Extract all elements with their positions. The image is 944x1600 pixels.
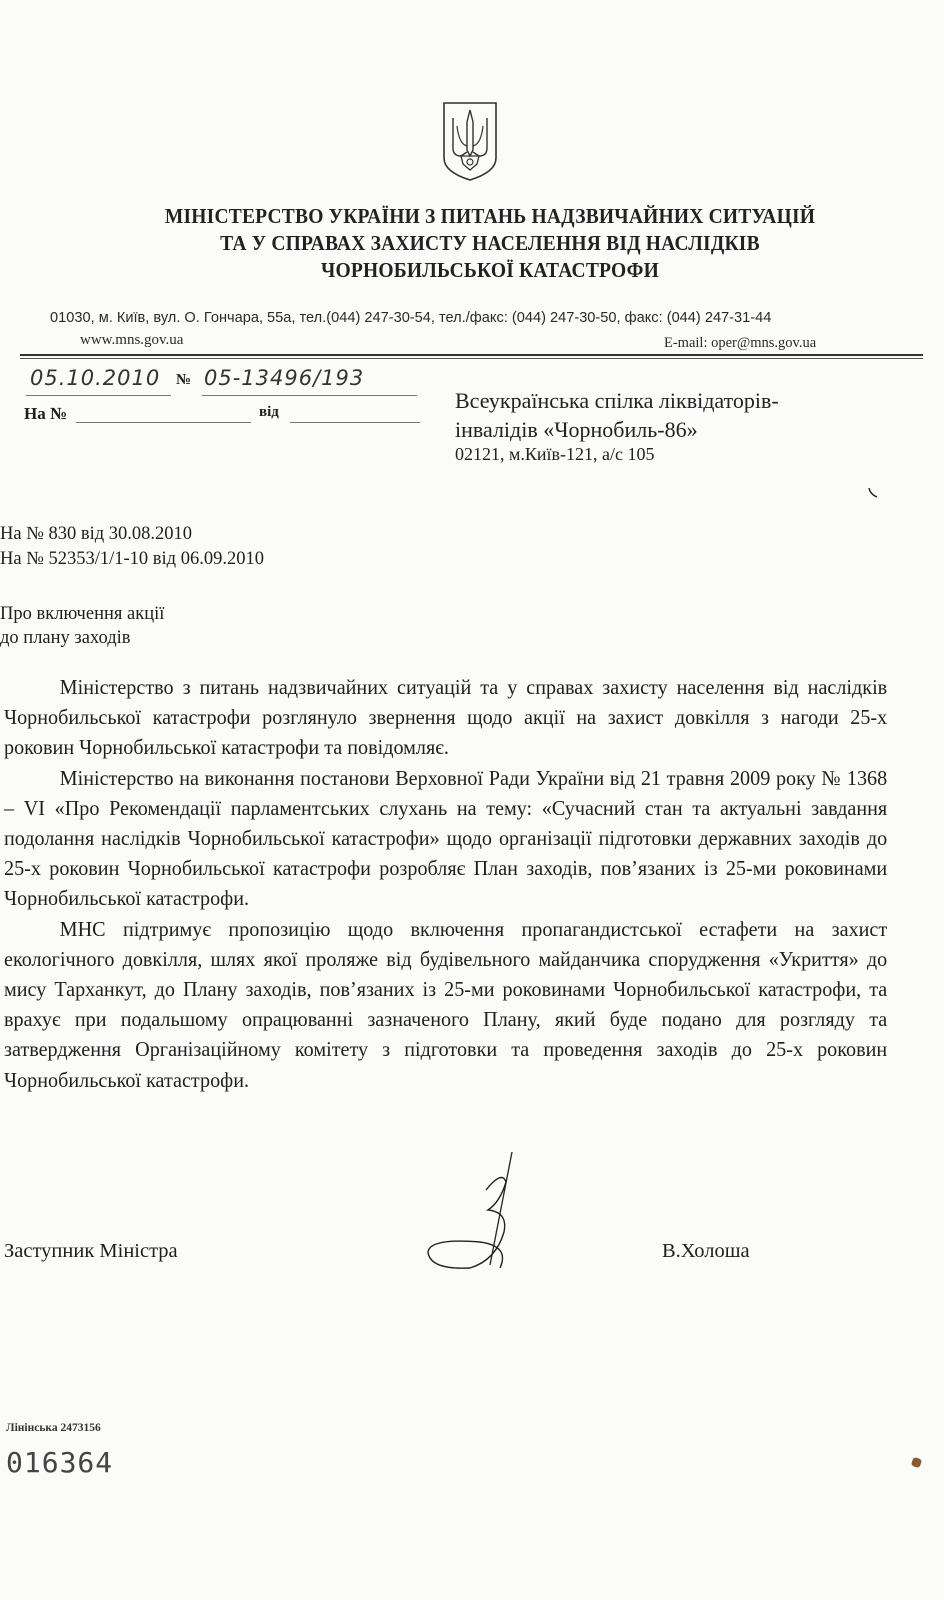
- ministry-website: www.mns.gov.ua: [80, 332, 183, 349]
- recipient-name: Всеукраїнська спілка ліквідаторів- інвал…: [455, 386, 779, 444]
- ministry-title-line: МІНІСТЕРСТВО УКРАЇНИ З ПИТАНЬ НАДЗВИЧАЙН…: [127, 203, 852, 230]
- header-divider-thin: [20, 358, 923, 359]
- date-underline: [26, 395, 171, 396]
- registration-number: 016364: [6, 1446, 113, 1479]
- subject: Про включення акції до плану заходів: [0, 602, 164, 650]
- references: На № 830 від 30.08.2010 На № 52353/1/1-1…: [0, 522, 264, 572]
- ministry-title-line: ТА У СПРАВАХ ЗАХИСТУ НАСЕЛЕННЯ ВІД НАСЛІ…: [127, 230, 852, 257]
- signer-name: В.Холоша: [662, 1240, 750, 1263]
- letter-body: Міністерство з питань надзвичайних ситуа…: [4, 672, 887, 1095]
- number-underline: [202, 395, 417, 396]
- executor-contact: Лінінська 2473156: [6, 1422, 101, 1434]
- body-paragraph: МНС підтримує пропозицію щодо включення …: [4, 914, 887, 1095]
- body-paragraph: Міністерство з питань надзвичайних ситуа…: [4, 672, 887, 763]
- pen-tick-mark-icon: [868, 488, 878, 498]
- paper-stain: [911, 1457, 923, 1469]
- handwritten-signature-icon: [420, 1150, 550, 1275]
- outgoing-number-label: №: [176, 372, 191, 389]
- body-paragraph: Міністерство на виконання постанови Верх…: [4, 763, 887, 914]
- ministry-address: 01030, м. Київ, вул. О. Гончара, 55а, те…: [50, 310, 771, 326]
- signer-role: Заступник Міністра: [4, 1240, 178, 1263]
- outgoing-date: 05.10.2010: [30, 366, 160, 390]
- reply-number-line: [76, 422, 251, 423]
- recipient-address: 02121, м.Київ-121, а/с 105: [455, 444, 655, 465]
- reference-line: На № 830 від 30.08.2010: [0, 522, 264, 547]
- reference-line: На № 52353/1/1-10 від 06.09.2010: [0, 547, 264, 572]
- recipient-name-line: інвалідів «Чорнобиль-86»: [455, 415, 779, 444]
- subject-line: до плану заходів: [0, 626, 164, 650]
- coat-of-arms-icon: [441, 100, 499, 182]
- ministry-title: МІНІСТЕРСТВО УКРАЇНИ З ПИТАНЬ НАДЗВИЧАЙН…: [127, 203, 852, 284]
- ministry-title-line: ЧОРНОБИЛЬСЬКОЇ КАТАСТРОФИ: [127, 257, 852, 284]
- header-divider: [20, 354, 923, 356]
- outgoing-number: 05-13496/193: [204, 366, 364, 390]
- subject-line: Про включення акції: [0, 602, 164, 626]
- ministry-email: E-mail: oper@mns.gov.ua: [664, 335, 816, 352]
- reply-from-label: від: [259, 404, 279, 421]
- reply-to-label: На №: [24, 404, 67, 424]
- recipient-name-line: Всеукраїнська спілка ліквідаторів-: [455, 386, 779, 415]
- reply-date-line: [290, 422, 420, 423]
